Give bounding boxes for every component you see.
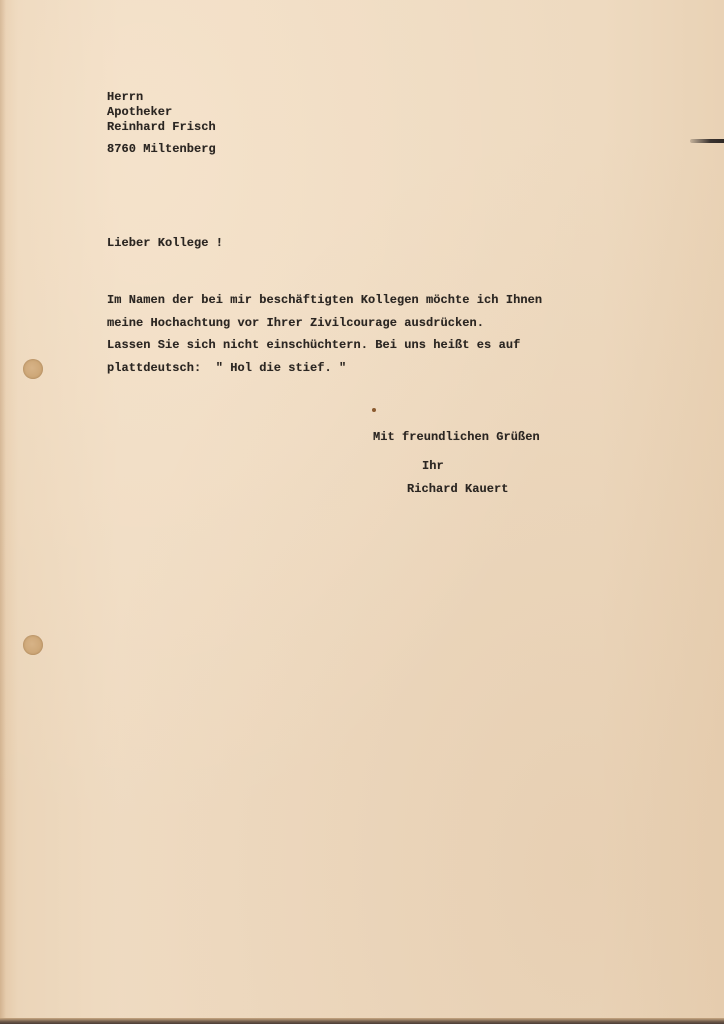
body-line: plattdeutsch: " Hol die stief. "	[107, 362, 346, 374]
recipient-city: 8760 Miltenberg	[107, 143, 216, 155]
signature-name: Richard Kauert	[407, 483, 509, 495]
punch-hole-bottom	[23, 635, 43, 655]
closing-pronoun: Ihr	[422, 460, 444, 472]
letter-greeting: Lieber Kollege !	[107, 237, 223, 249]
body-line: Lassen Sie sich nicht einschüchtern. Bei…	[107, 339, 520, 351]
letter-page: Herrn Apotheker Reinhard Frisch 8760 Mil…	[0, 0, 724, 1024]
page-bottom-edge	[0, 1018, 724, 1024]
body-line: Im Namen der bei mir beschäftigten Kolle…	[107, 294, 542, 306]
recipient-salutation: Herrn	[107, 91, 143, 103]
recipient-name: Reinhard Frisch	[107, 121, 216, 133]
body-line: meine Hochachtung vor Ihrer Zivilcourage…	[107, 317, 484, 329]
closing-phrase: Mit freundlichen Grüßen	[373, 431, 540, 443]
page-left-shadow	[0, 0, 6, 1024]
recipient-title: Apotheker	[107, 106, 172, 118]
punch-hole-top	[23, 359, 43, 379]
ink-spot	[372, 408, 376, 412]
edge-pencil-mark	[690, 139, 724, 143]
